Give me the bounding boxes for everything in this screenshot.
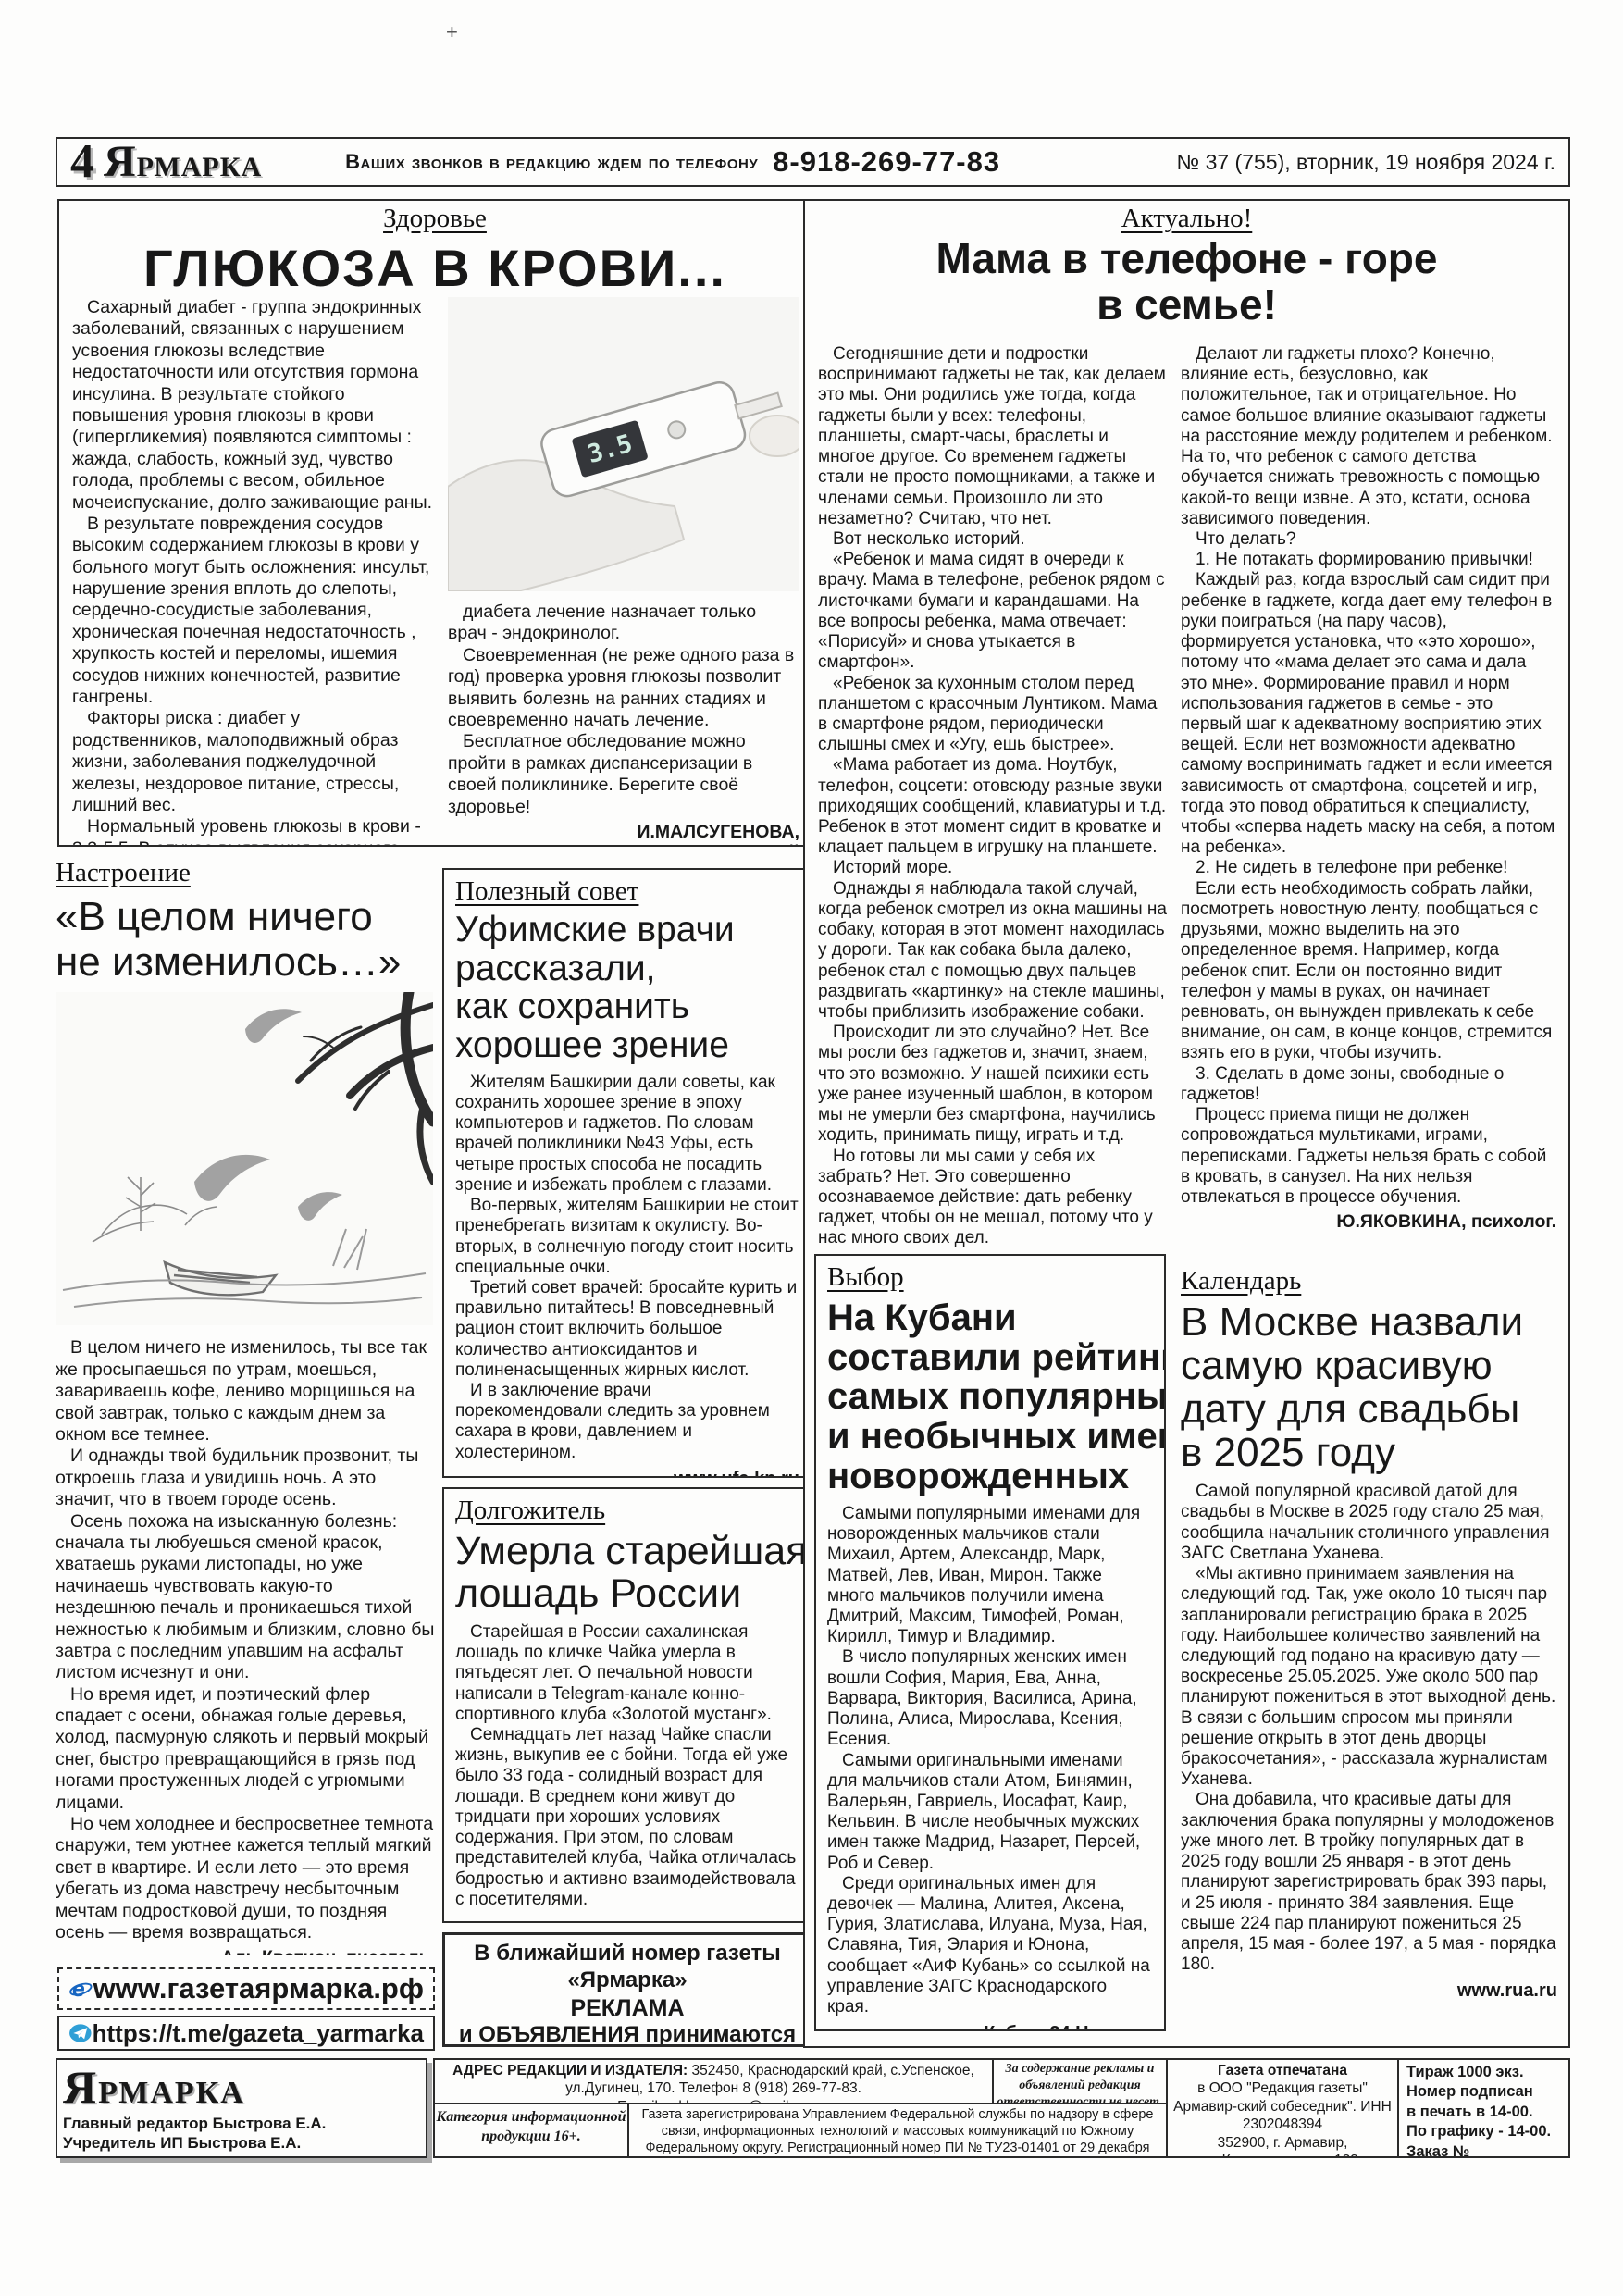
paragraph: как сохранить <box>455 987 799 1026</box>
horse-source: www.rg.ru <box>455 1916 799 1923</box>
footer-signed-line: По графику - 14-00. <box>1406 2122 1561 2141</box>
paragraph: Если есть необходимость собрать лайки, п… <box>1181 879 1556 1064</box>
footer-category: Категория информационной продукции 16+. <box>433 2103 629 2158</box>
paragraph: Старейшая в России сахалинская лошадь по… <box>455 1622 799 1725</box>
footer-signed-line: Номер подписан <box>1406 2082 1561 2102</box>
paragraph: самую красивую <box>1181 1344 1557 1387</box>
paragraph: рассказали, <box>455 949 799 988</box>
paragraph: Уфимские врачи <box>455 911 799 949</box>
mama-column-1: Сегодняшние дети и подростки воспринимаю… <box>818 344 1168 1251</box>
footer-logo: Ярмарка <box>63 2064 245 2110</box>
footer-circulation: Тираж 1000 экз. Номер подписан в печать … <box>1397 2058 1570 2158</box>
paragraph: Своевременная (не реже одного раза в год… <box>448 645 799 732</box>
mood-author: Аль Квотион, писатель. <box>56 1947 435 1955</box>
paragraph: и необычных имен <box>827 1417 1153 1457</box>
paragraph: Делают ли гаджеты плохо? Конечно, влияни… <box>1181 344 1556 529</box>
paragraph: Самыми популярными именами для новорожде… <box>827 1504 1153 1648</box>
paragraph: «Мы активно принимаем заявления на следу… <box>1181 1564 1557 1790</box>
paragraph: Самой популярной красивой датой для свад… <box>1181 1482 1557 1564</box>
advertising-notice: В ближайший номер газеты «Ярмарка» РЕКЛА… <box>442 1932 812 2047</box>
mood-title: «В целом ничегоне изменилось…» <box>56 894 435 986</box>
paragraph: новорожденных <box>827 1457 1153 1496</box>
footer-address: АДРЕС РЕДАКЦИИ И ИЗДАТЕЛЯ: 352450, Красн… <box>433 2058 994 2104</box>
article-wedding: Календарь В Москве назвалисамую красивую… <box>1181 1267 1557 2040</box>
internet-explorer-icon: e <box>68 1970 93 2007</box>
website-url[interactable]: www.газетаярмарка.рф <box>93 1972 424 2005</box>
footer-address-label: АДРЕС РЕДАКЦИИ И ИЗДАТЕЛЯ: <box>452 2063 688 2079</box>
paragraph: дату для свадьбы <box>1181 1387 1557 1431</box>
paragraph: Происходит ли это случайно? Нет. Все мы … <box>818 1023 1168 1146</box>
wedding-source: www.rua.ru <box>1181 1980 1557 2002</box>
paragraph: Самыми оригинальными именами для мальчик… <box>827 1751 1153 1874</box>
wedding-text: Самой популярной красивой датой для свад… <box>1181 1482 1557 1975</box>
rubric-advice: Полезный совет <box>455 877 799 907</box>
paragraph: В число популярных женских имен вошли Со… <box>827 1647 1153 1750</box>
health-column-2: 3.5 диабета лечение назначает только вра… <box>448 297 799 839</box>
paragraph: 2. Не сидеть в телефоне при ребенке! <box>1181 858 1556 878</box>
rubric-mood: Настроение <box>56 859 435 888</box>
advice-title: Уфимские врачирассказали,как сохранитьхо… <box>455 911 799 1065</box>
health-title: ГЛЮКОЗА В КРОВИ... <box>59 238 811 298</box>
paragraph: составили рейтинг <box>827 1338 1153 1378</box>
paragraph: «Ребенок за кухонным столом перед планше… <box>818 674 1168 756</box>
rubric-health: Здоровье <box>59 205 811 234</box>
paragraph: Семнадцать лет назад Чайке спасли жизнь,… <box>455 1725 799 1910</box>
page-header: 4 Ярмарка Ваших звонков в редакцию ждем … <box>56 137 1570 187</box>
phone-call-label: Ваших звонков в редакцию ждем по телефон… <box>345 150 758 174</box>
advice-source: www.ufa.kp.ru <box>455 1469 799 1478</box>
article-names: Выбор На Кубанисоставили рейтингсамых по… <box>814 1254 1166 2031</box>
paragraph: Однажды я наблюдала такой случай, когда … <box>818 879 1168 1024</box>
mama-title: Мама в телефоне - горев семье! <box>805 236 1568 328</box>
telegram-icon <box>68 2019 93 2047</box>
paragraph: не изменилось…» <box>56 939 435 985</box>
names-title: На Кубанисоставили рейтингсамых популярн… <box>827 1298 1153 1496</box>
article-horse: Долгожитель Умерла старейшаялошадь Росси… <box>442 1487 812 1923</box>
paragraph: Она добавила, что красивые даты для закл… <box>1181 1790 1557 1975</box>
health-author: И.МАЛСУГЕНОВА, врач-эндокринолог Успенск… <box>448 822 799 847</box>
mama-author: Ю.ЯКОВКИНА, психолог. <box>1181 1211 1556 1232</box>
editorial-phone: 8-918-269-77-83 <box>773 145 1000 179</box>
paragraph: Третий совет врачей: бросайте курить и п… <box>455 1278 799 1381</box>
paragraph: Осень похожа на изысканную болезнь: снач… <box>56 1511 435 1684</box>
paragraph: диабета лечение назначает только врач - … <box>448 602 799 645</box>
paragraph: в 2025 году <box>1181 1431 1557 1474</box>
paragraph: Факторы риска : диабет у родственников, … <box>72 708 433 816</box>
paragraph: Вот несколько историй. <box>818 529 1168 550</box>
telegram-url[interactable]: https://t.me/gazeta_yarmarka <box>93 2019 424 2048</box>
svg-text:e: e <box>72 1977 85 2002</box>
paragraph: Мама в телефоне - горе <box>805 236 1568 282</box>
article-advice: Полезный совет Уфимские врачирассказали,… <box>442 868 812 1478</box>
rubric-mama: Актуально! <box>805 205 1568 234</box>
registration-mark: + <box>446 20 458 44</box>
paragraph: Жителям Башкирии дали советы, как сохран… <box>455 1073 799 1196</box>
paragraph: Сахарный диабет - группа эндокринных заб… <box>72 297 433 514</box>
paragraph: И в заключение врачи порекомендовали сле… <box>455 1381 799 1463</box>
paragraph: Но время идет, и поэтический флер спадае… <box>56 1684 435 1814</box>
paragraph: Умерла старейшая <box>455 1530 799 1572</box>
paragraph: «В целом ничего <box>56 894 435 939</box>
mama-column-2: Делают ли гаджеты плохо? Конечно, влияни… <box>1181 344 1556 1260</box>
footer-printed-city: 352900, г. Армавир, <box>1168 2134 1397 2152</box>
footer-disclaimer: За содержание рекламы и объявлений редак… <box>992 2058 1168 2104</box>
footer-founder: Учредитель ИП Быстрова Е.А. <box>63 2133 426 2153</box>
footer-masthead: Ярмарка Главный редактор Быстрова Е.А. У… <box>56 2058 427 2158</box>
paragraph: самых популярных <box>827 1377 1153 1417</box>
paragraph: И однажды твой будильник прозвонит, ты о… <box>56 1446 435 1510</box>
website-link-box[interactable]: e www.газетаярмарка.рф <box>57 1967 435 2010</box>
paragraph: хорошее зрение <box>455 1026 799 1065</box>
paragraph: в семье! <box>805 282 1568 329</box>
paragraph: Каждый раз, когда взрослый сам сидит при… <box>1181 570 1556 858</box>
footer-signed-line: в печать в 14-00. <box>1406 2103 1561 2122</box>
paragraph: 1. Не потакать формированию привычки! <box>1181 550 1556 570</box>
paragraph: Сегодняшние дети и подростки воспринимаю… <box>818 344 1168 529</box>
footer-publisher: Издатель Быстрова Е.А. ИНН 235700624706 <box>63 2153 426 2159</box>
paragraph: Во-первых, жителям Башкирии не стоит пре… <box>455 1196 799 1278</box>
horse-text: Старейшая в России сахалинская лошадь по… <box>455 1622 799 1910</box>
paragraph: В Москве назвали <box>1181 1300 1557 1344</box>
paragraph: Но чем холоднее и беспросветнее темнота … <box>56 1814 435 1943</box>
paragraph: Нормальный уровень глюкозы в крови - 3,3… <box>72 816 433 847</box>
article-health: Здоровье ГЛЮКОЗА В КРОВИ... Сахарный диа… <box>57 199 812 847</box>
ad-line: В ближайший номер газеты «Ярмарка» <box>445 1941 810 1994</box>
footer-circulation-count: Тираж 1000 экз. <box>1406 2063 1561 2082</box>
issue-date: № 37 (755), вторник, 19 ноября 2024 г. <box>1177 150 1555 175</box>
wedding-title: В Москве назвалисамую красивуюдату для с… <box>1181 1300 1557 1474</box>
paragraph: 3. Сделать в доме зоны, свободные о гадж… <box>1181 1064 1556 1105</box>
footer-printed-org: в ООО "Редакция газеты" Армавир-ский соб… <box>1168 2079 1397 2133</box>
footer-order-number: Заказ № <box>1406 2142 1561 2158</box>
article-mood: Настроение «В целом ничегоне изменилось…… <box>56 859 435 1955</box>
paragraph: лошадь России <box>455 1572 799 1615</box>
names-source: Кубань24.Новости <box>827 2023 1153 2031</box>
glucometer-photo: 3.5 <box>448 297 799 591</box>
footer-printed-street: ул.Комсомольская, 123. <box>1168 2152 1397 2158</box>
paragraph: Процесс приема пищи не должен сопровожда… <box>1181 1105 1556 1208</box>
newspaper-page: + 4 Ярмарка Ваших звонков в редакцию жде… <box>0 0 1623 2296</box>
rubric-names: Выбор <box>827 1263 1153 1293</box>
right-region: Актуально! Мама в телефоне - горев семье… <box>803 199 1570 2048</box>
paragraph: На Кубани <box>827 1298 1153 1338</box>
health-column-2-text: диабета лечение назначает только врач - … <box>448 602 799 818</box>
advice-text: Жителям Башкирии дали советы, как сохран… <box>455 1073 799 1463</box>
paragraph: Историй море. <box>818 858 1168 878</box>
telegram-link-box[interactable]: https://t.me/gazeta_yarmarka <box>57 2016 435 2051</box>
paragraph: «Мама работает из дома. Ноутбук, телефон… <box>818 755 1168 858</box>
horse-title: Умерла старейшаялошадь России <box>455 1530 799 1615</box>
paragraph: В целом ничего не изменилось, ты все так… <box>56 1337 435 1446</box>
paragraph: «Ребенок и мама сидят в очереди к врачу.… <box>818 550 1168 673</box>
mama-column-2-text: Делают ли гаджеты плохо? Конечно, влияни… <box>1181 344 1556 1208</box>
footer-printing: Газета отпечатана в ООО "Редакция газеты… <box>1166 2058 1399 2158</box>
names-text: Самыми популярными именами для новорожде… <box>827 1504 1153 2017</box>
paragraph: Что делать? <box>1181 529 1556 550</box>
autumn-sketch <box>56 992 433 1325</box>
paragraph: В результате повреждения сосудов высоким… <box>72 514 433 709</box>
footer-registration: Газета зарегистрирована Управлением Феде… <box>627 2103 1168 2158</box>
paragraph: Но готовы ли мы сами у себя их забрать? … <box>818 1147 1168 1249</box>
newspaper-logo: Ярмарка <box>104 140 262 184</box>
ad-line: и ОБЪЯВЛЕНИЯ принимаются <box>445 2022 810 2047</box>
mood-text: В целом ничего не изменилось, ты все так… <box>56 1337 435 1943</box>
health-column-1: Сахарный диабет - группа эндокринных заб… <box>72 297 433 847</box>
rubric-horse: Долгожитель <box>455 1496 799 1526</box>
page-number: 4 <box>70 138 94 186</box>
ad-line: РЕКЛАМА <box>445 1994 810 2022</box>
paragraph: Бесплатное обследование можно пройти в р… <box>448 731 799 818</box>
footer-printed-label: Газета отпечатана <box>1218 2063 1347 2079</box>
paragraph: Среди оригинальных имен для девочек — Ма… <box>827 1874 1153 2018</box>
rubric-wedding: Календарь <box>1181 1267 1557 1297</box>
footer-editor: Главный редактор Быстрова Е.А. <box>63 2114 426 2133</box>
